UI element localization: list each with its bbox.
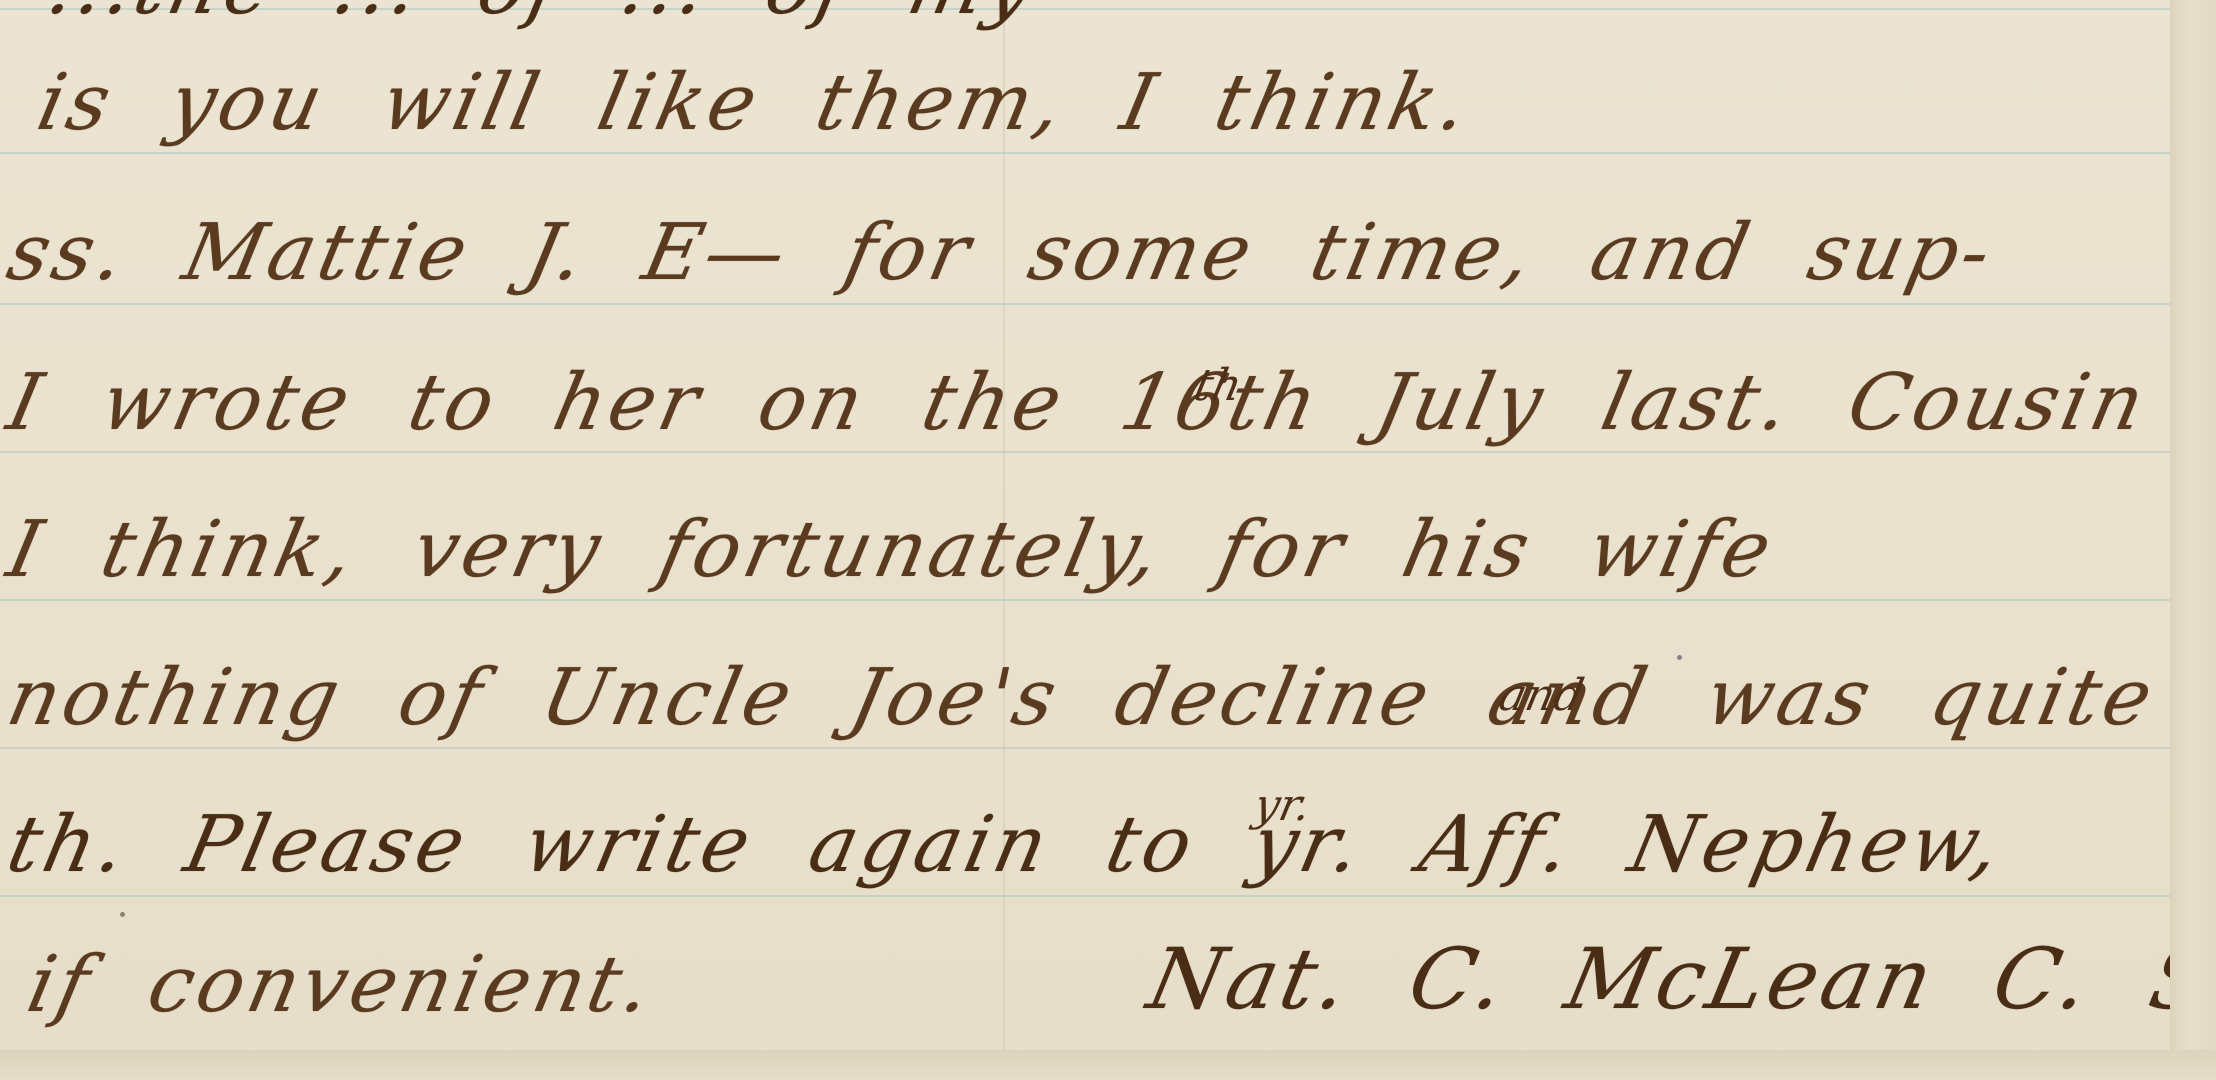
letter-line-4: I think, very fortunately, for his wife — [0, 505, 1783, 595]
interlinear-and-insert: and — [1495, 670, 1589, 721]
ruled-line — [0, 747, 2170, 749]
paper-speck — [120, 912, 125, 917]
letter-paper: ...the ... of ... of my is you will like… — [0, 0, 2170, 1050]
letter-line-1: is you will like them, I think. — [30, 58, 1479, 148]
ruled-line — [0, 895, 2170, 897]
letter-line-3: I wrote to her on the 16th July last. Co… — [0, 358, 2156, 448]
letter-line-0: ...the ... of ... of my — [40, 0, 1046, 32]
letter-line-6: th. Please write again to yr. Aff. Nephe… — [0, 800, 2012, 890]
letter-line-7: if convenient. — [20, 940, 663, 1030]
letter-line-2: ss. Mattie J. E— for some time, and sup- — [0, 208, 2002, 298]
letter-line-5: nothing of Uncle Joe's decline and was q… — [0, 653, 2164, 743]
ruled-line — [0, 152, 2170, 154]
interlinear-yr-insert: yr. — [1250, 780, 1316, 831]
mount-board-right — [2170, 0, 2216, 1080]
mount-board-bottom — [0, 1050, 2216, 1080]
paper-speck — [1677, 655, 1682, 660]
signature: Nat. C. McLean C. S. A. — [1140, 930, 2170, 1028]
ruled-line — [0, 303, 2170, 305]
ruled-line — [0, 599, 2170, 601]
ruled-line — [0, 451, 2170, 453]
